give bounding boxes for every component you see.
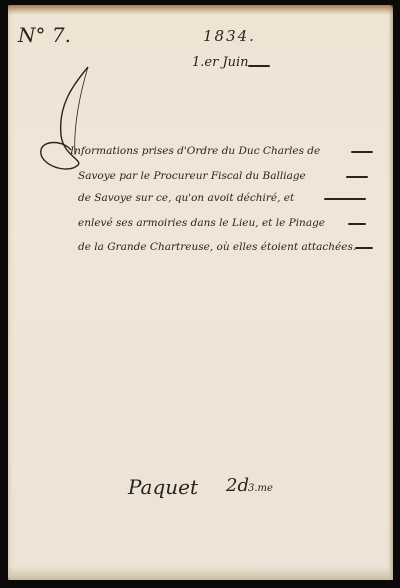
date-flourish <box>248 65 270 67</box>
title-line-1: Informations prises d'Ordre du Duc Charl… <box>70 145 320 157</box>
decorative-initial-flourish <box>33 65 113 175</box>
line-dash-2 <box>346 176 368 178</box>
document-page: N° 7. 1834. 1.er Juin Informations prise… <box>8 5 393 580</box>
line-dash-4 <box>348 223 366 225</box>
folio-number: N° 7. <box>18 23 71 47</box>
line-dash-5 <box>355 247 373 249</box>
bottom-edge-wear <box>8 566 393 580</box>
title-line-3: de Savoye sur ce, qu'on avoit déchiré, e… <box>78 192 294 204</box>
paquet-sub: 3.me <box>248 483 273 494</box>
paquet-number: 2d <box>226 475 249 496</box>
title-line-2: Savoye par le Procureur Fiscal du Ballia… <box>78 170 306 182</box>
title-line-5: de la Grande Chartreuse, où elles étoien… <box>78 241 356 253</box>
date: 1.er Juin <box>192 55 249 70</box>
top-edge-stain <box>8 5 393 15</box>
line-dash-3 <box>324 198 366 200</box>
title-line-4: enlevé ses armoiries dans le Lieu, et le… <box>78 217 325 229</box>
paquet-label: Paquet <box>128 475 198 499</box>
line-dash-1 <box>351 151 373 153</box>
year: 1834. <box>203 27 256 45</box>
